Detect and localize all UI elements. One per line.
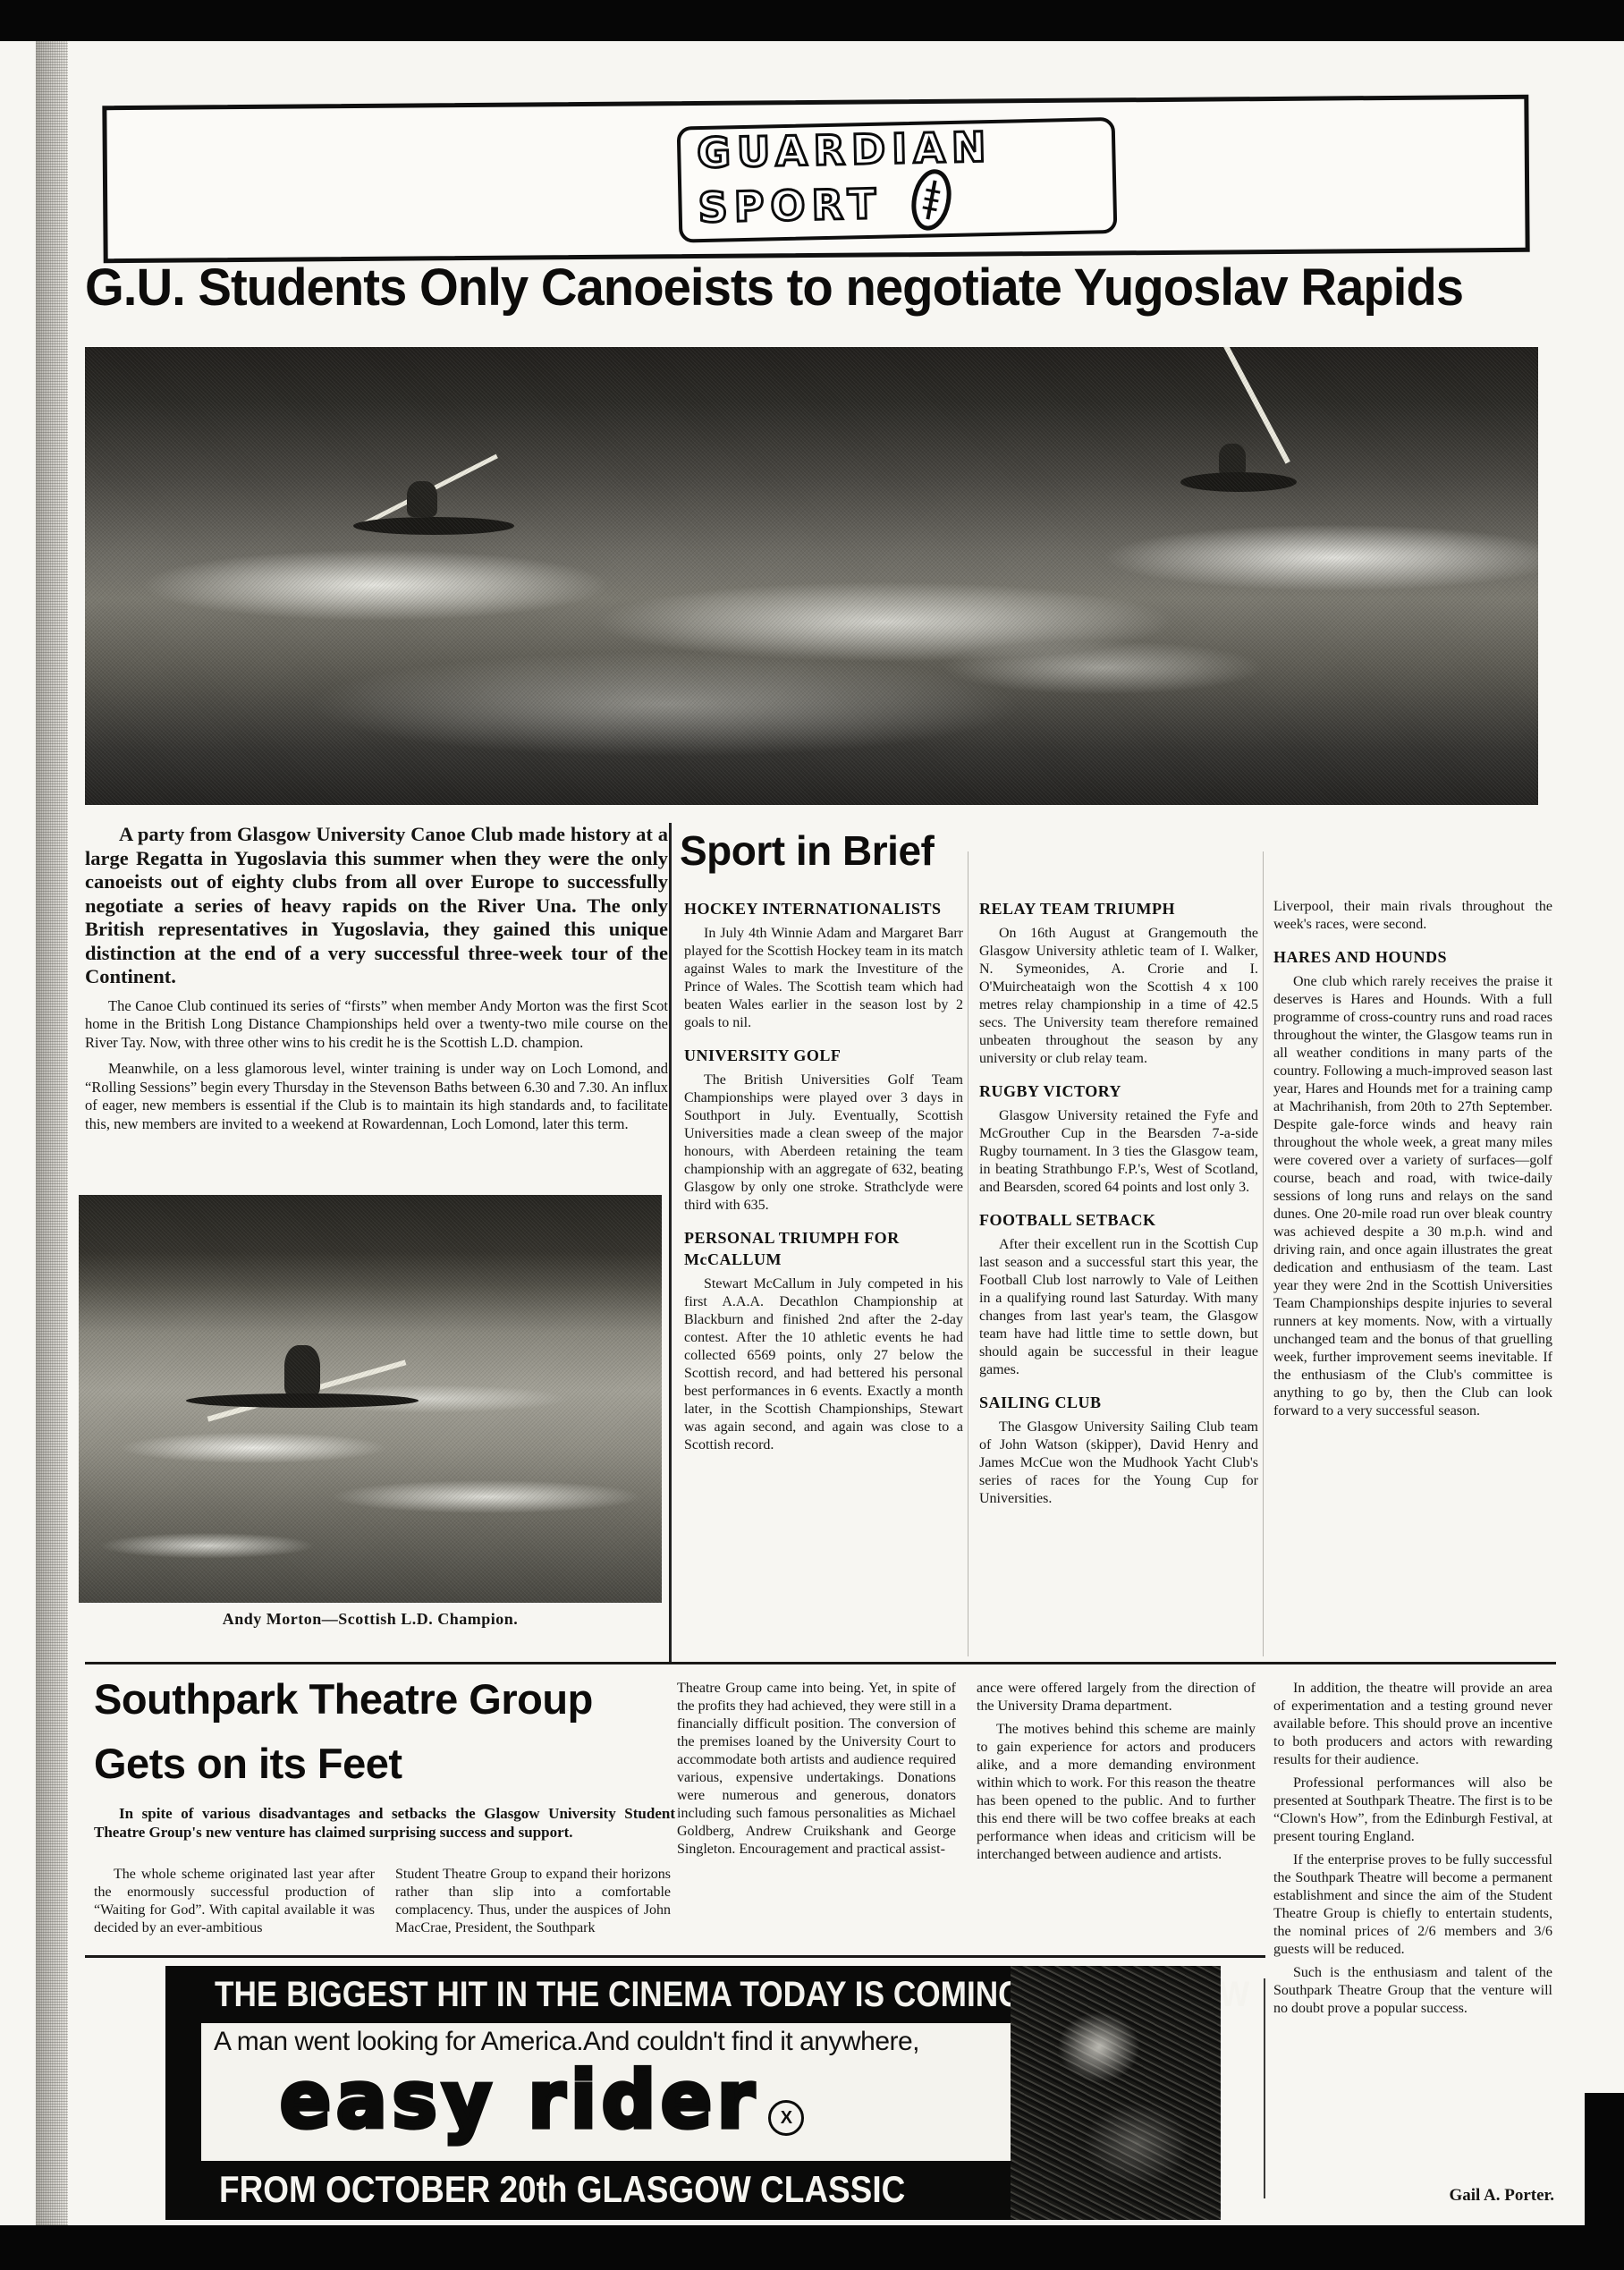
x-certificate-icon: X bbox=[768, 2100, 804, 2136]
brief-body: In July 4th Winnie Adam and Margaret Bar… bbox=[684, 925, 963, 1032]
brief-heading: PERSONAL TRIUMPH FOR McCALLUM bbox=[684, 1227, 963, 1270]
masthead-logo: GUARDIAN SPORT bbox=[677, 117, 1118, 243]
brief-heading: HARES AND HOUNDS bbox=[1273, 946, 1552, 968]
brief-column-1: HOCKEY INTERNATIONALISTS In July 4th Win… bbox=[684, 898, 963, 1660]
theatre-headline-line2: Gets on its Feet bbox=[94, 1739, 702, 1788]
rugby-ball-icon bbox=[904, 165, 958, 234]
ad-release-line: FROM OCTOBER 20th GLASGOW CLASSIC bbox=[219, 2168, 905, 2211]
column-rule bbox=[669, 823, 672, 1664]
ad-tagline: A man went looking for America.And could… bbox=[214, 2027, 919, 2057]
brief-body: Stewart McCallum in July competed in his… bbox=[684, 1275, 963, 1454]
brief-column-2: RELAY TEAM TRIUMPH On 16th August at Gra… bbox=[979, 898, 1258, 1660]
brief-body: The British Universities Golf Team Champ… bbox=[684, 1071, 963, 1215]
lead-intro: A party from Glasgow University Canoe Cl… bbox=[85, 823, 668, 989]
brief-continuation: Liverpool, their main rivals throughout … bbox=[1273, 898, 1552, 934]
column-rule-thin bbox=[1263, 851, 1264, 1656]
brief-body: On 16th August at Grangemouth the Glasgo… bbox=[979, 925, 1258, 1068]
section-rule bbox=[85, 1955, 1265, 1958]
brief-heading: SAILING CLUB bbox=[979, 1392, 1258, 1413]
brief-body: After their excellent run in the Scottis… bbox=[979, 1236, 1258, 1379]
theatre-paragraph: In addition, the theatre will provide an… bbox=[1273, 1680, 1552, 1769]
lead-paragraph: Meanwhile, on a less glamorous level, wi… bbox=[85, 1060, 668, 1133]
brief-heading: RUGBY VICTORY bbox=[979, 1080, 1258, 1102]
theatre-column-c: Theatre Group came into being. Yet, in s… bbox=[677, 1680, 956, 1948]
column-rule bbox=[1264, 1978, 1265, 2198]
theatre-paragraph: Professional performances will also be p… bbox=[1273, 1774, 1552, 1846]
theatre-paragraph: The whole scheme originated last year af… bbox=[94, 1866, 375, 1937]
theatre-intro: In spite of various disadvantages and se… bbox=[94, 1805, 675, 1842]
brief-heading: UNIVERSITY GOLF bbox=[684, 1045, 963, 1066]
brief-body: The Glasgow University Sailing Club team… bbox=[979, 1419, 1258, 1508]
brief-column-3: Liverpool, their main rivals throughout … bbox=[1273, 898, 1552, 1660]
brief-heading: FOOTBALL SETBACK bbox=[979, 1209, 1258, 1231]
theatre-paragraph: Such is the enthusiasm and talent of the… bbox=[1273, 1964, 1552, 2018]
ad-rider-photo bbox=[1011, 1966, 1221, 2220]
theatre-paragraph: Student Theatre Group to expand their ho… bbox=[395, 1866, 671, 1937]
ad-easy-rider: THE BIGGEST HIT IN THE CINEMA TODAY IS C… bbox=[165, 1966, 1221, 2220]
theatre-paragraph: Theatre Group came into being. Yet, in s… bbox=[677, 1680, 956, 1859]
lead-article: A party from Glasgow University Canoe Cl… bbox=[85, 823, 668, 1141]
theatre-paragraph: The motives behind this scheme are mainl… bbox=[977, 1721, 1256, 1864]
scan-bottom-edge bbox=[0, 2225, 1624, 2270]
theatre-column-d: ance were offered largely from the direc… bbox=[977, 1680, 1256, 1948]
photo-kayaker bbox=[79, 1195, 662, 1603]
column-rule-thin bbox=[968, 851, 968, 1656]
section-rule bbox=[85, 1662, 1556, 1664]
brief-body: One club which rarely receives the prais… bbox=[1273, 973, 1552, 1420]
lead-paragraph: The Canoe Club continued its series of “… bbox=[85, 997, 668, 1053]
photo-rapids bbox=[85, 347, 1538, 805]
brief-section-title: Sport in Brief bbox=[680, 826, 934, 875]
main-headline: G.U. Students Only Canoeists to negotiat… bbox=[85, 258, 1560, 318]
theatre-column-b: Student Theatre Group to expand their ho… bbox=[395, 1866, 671, 1955]
theatre-paragraph: ance were offered largely from the direc… bbox=[977, 1680, 1256, 1715]
brief-heading: HOCKEY INTERNATIONALISTS bbox=[684, 898, 963, 919]
theatre-column-a: The whole scheme originated last year af… bbox=[94, 1866, 375, 1955]
theatre-headline-line1: Southpark Theatre Group bbox=[94, 1674, 702, 1724]
masthead-box: GUARDIAN SPORT bbox=[102, 95, 1529, 264]
scan-left-edge bbox=[36, 41, 68, 2225]
brief-body: Glasgow University retained the Fyfe and… bbox=[979, 1107, 1258, 1197]
brief-heading: RELAY TEAM TRIUMPH bbox=[979, 898, 1258, 919]
masthead-sport: SPORT bbox=[681, 181, 883, 232]
photo-caption: Andy Morton—Scottish L.D. Champion. bbox=[79, 1610, 662, 1629]
theatre-paragraph: If the enterprise proves to be fully suc… bbox=[1273, 1851, 1552, 1959]
newspaper-page: GUARDIAN SPORT G.U. Students Only Canoei… bbox=[0, 0, 1624, 2270]
byline: Gail A. Porter. bbox=[1273, 2186, 1554, 2206]
easy-rider-logo: easy rider bbox=[280, 2055, 759, 2145]
scan-top-edge bbox=[0, 0, 1624, 41]
theatre-column-e: In addition, the theatre will provide an… bbox=[1273, 1680, 1552, 2177]
